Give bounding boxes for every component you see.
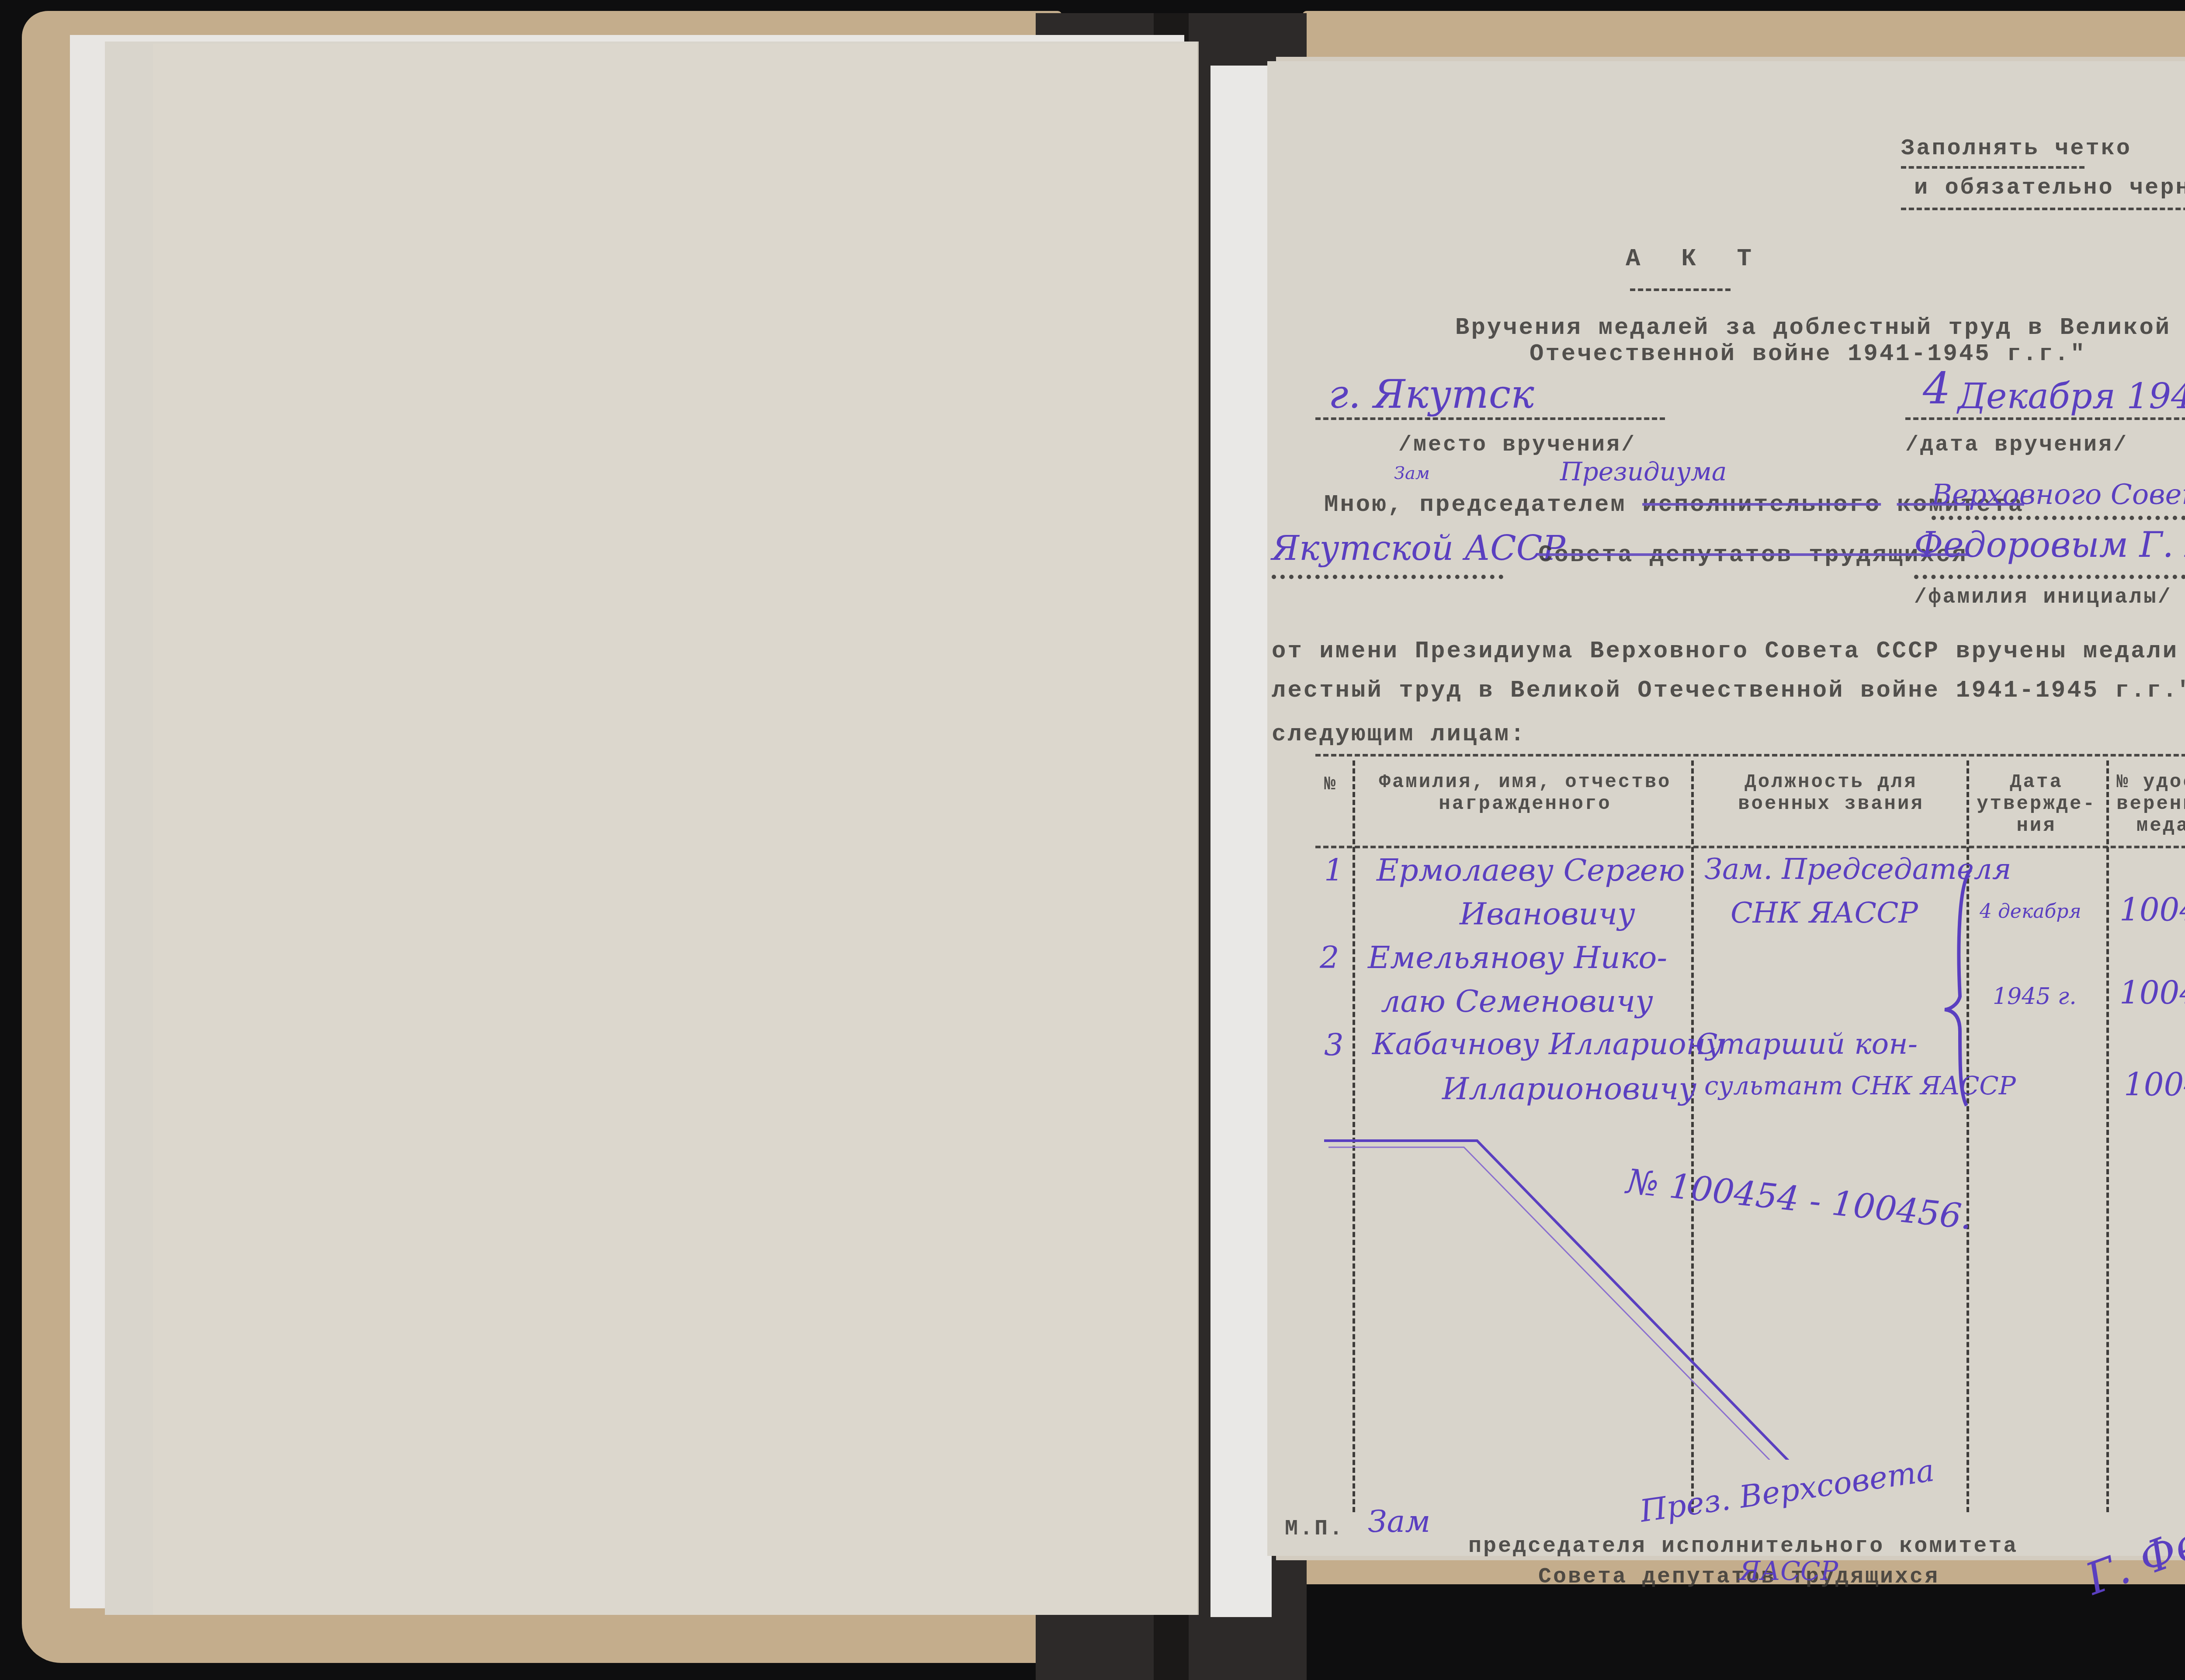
subtitle-line-1: Вручения медалей за доблестный труд в Ве…: [1455, 315, 2171, 341]
awardee-name-line1: Ермолаеву Сергею: [1377, 852, 1685, 888]
awardee-name-line2: лаю Семеновичу: [1381, 983, 1653, 1019]
instruction-line-2: и обязательно чернилами: [1914, 175, 2185, 201]
awardee-position-line2: СНК ЯАССР: [1731, 896, 1918, 930]
date-underline: [1905, 417, 2185, 420]
th-date: Дата утвержде-ния: [1971, 771, 2102, 837]
instruction-underline-2: [1901, 208, 2185, 210]
name-dotted-line: [1914, 575, 2185, 579]
awardee-name-line1: Кабачнову Иллариону: [1372, 1027, 1723, 1062]
awardee-name-line1: Емельянову Нико-: [1368, 940, 1667, 975]
title-underline: [1630, 288, 1731, 291]
approval-date: 4 декабря: [1980, 900, 2081, 923]
body-line-2: лестный труд в Великой Отечественной вой…: [1272, 677, 2185, 704]
award-month-year: Декабря 1945: [1958, 376, 2185, 417]
place-underline: [1315, 417, 1665, 420]
cancel-line-icon: [1267, 1066, 2185, 1460]
th-number: №: [1324, 774, 1337, 795]
body-line-1: от имени Президиума Верховного Совета СС…: [1272, 638, 2185, 665]
left-page-blank: [153, 44, 1197, 1615]
awardee-name-line2: Ивановичу: [1460, 896, 1635, 932]
stamp-place: М.П.: [1285, 1517, 1344, 1541]
certificate-number: 100454: [2119, 892, 2185, 928]
instruction-underline-1: [1901, 166, 2084, 169]
row-number: 3: [1324, 1027, 1344, 1063]
act-document-page: 4 Заполнять четко и обязательно чернилам…: [1267, 61, 2185, 1556]
th-certificate: № удосто-верения к медали: [2111, 771, 2185, 837]
org-dotted-line: [1932, 516, 2185, 520]
row-number: 2: [1320, 940, 1339, 975]
right-white-strip: [1210, 66, 1272, 1617]
award-day: 4: [1923, 363, 1951, 414]
table-top-border: [1315, 754, 2185, 757]
footer-handwritten-insert: През. Верхсовета: [1638, 1452, 1937, 1529]
approval-date: 1945 г.: [1993, 983, 2077, 1010]
subtitle-line-2: Отечественной войне 1941-1945 г.г.": [1529, 341, 2086, 368]
presenter-prefix: Мною, председателем исполнительного коми…: [1324, 492, 2024, 518]
insert-prezidiuma: Президиума: [1560, 457, 1727, 486]
footer-typed-line-1: председателя исполнительного комитета: [1468, 1534, 2018, 1559]
republic-dotted-line: [1272, 575, 1503, 579]
award-place: г. Якутск: [1328, 371, 1534, 417]
awardee-position-line1: Старший кон-: [1696, 1027, 1918, 1061]
place-label: /место вручения/: [1398, 433, 1636, 458]
insert-zam: Зам: [1394, 463, 1430, 483]
presenter-name: Федоровым Г. Г.: [1914, 524, 2185, 565]
row-number: 1: [1324, 852, 1344, 888]
footer-handwritten-republic: ЯАССР: [1739, 1556, 1838, 1586]
struck-council-text: Совета депутатов трудящихся: [1538, 542, 1968, 569]
th-name: Фамилия, имя, отчество награжденного: [1363, 771, 1687, 815]
footer-zam: Зам: [1368, 1503, 1430, 1539]
handwritten-org: Верховного Совета: [1932, 479, 2185, 511]
document-title: А К Т: [1626, 245, 1765, 273]
signature: Г. Федоров: [2079, 1471, 2185, 1605]
date-label: /дата вручения/: [1905, 433, 2128, 458]
name-label: /фамилия инициалы/: [1914, 586, 2172, 609]
table-header-border: [1315, 846, 2185, 848]
instruction-line-1: Заполнять четко: [1901, 135, 2132, 161]
certificate-number: 100455: [2119, 975, 2185, 1011]
body-line-3: следующим лицам:: [1272, 721, 1526, 748]
th-position: Должность для военных звания: [1704, 771, 1958, 815]
handwritten-republic: Якутской АССР: [1272, 529, 1565, 568]
